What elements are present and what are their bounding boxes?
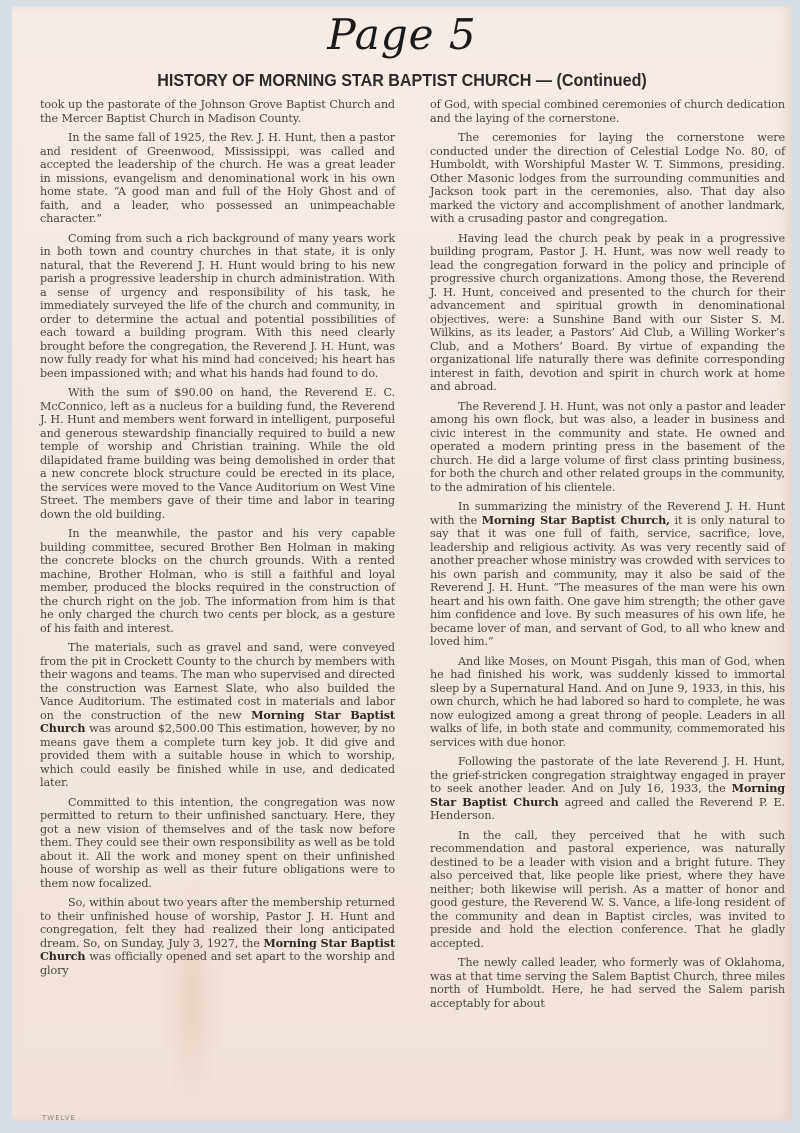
paragraph: In the same fall of 1925, the Rev. J. H.…	[40, 131, 395, 226]
paragraph: Coming from such a rich background of ma…	[40, 232, 395, 381]
paragraph: The Reverend J. H. Hunt, was not only a …	[430, 400, 785, 495]
paragraph-text: In the meanwhile, the pastor and his ver…	[40, 527, 395, 635]
paragraph-text: The Reverend J. H. Hunt, was not only a …	[430, 400, 785, 494]
paragraph-text: In the same fall of 1925, the Rev. J. H.…	[40, 131, 395, 225]
paragraph-text: And like Moses, on Mount Pisgah, this ma…	[430, 655, 785, 749]
paragraph: The newly called leader, who formerly wa…	[430, 956, 785, 1010]
scanned-page: Page 5 HISTORY OF MORNING STAR BAPTIST C…	[12, 6, 792, 1121]
paragraph-text: Committed to this intention, the congreg…	[40, 796, 395, 890]
paragraph: Following the pastorate of the late Reve…	[430, 755, 785, 823]
paragraph: took up the pastorate of the Johnson Gro…	[40, 98, 395, 125]
paragraph-text: was officially opened and set apart to t…	[40, 950, 395, 977]
paragraph-text: was around $2,500.00 This estimation, ho…	[40, 722, 395, 789]
paragraph: And like Moses, on Mount Pisgah, this ma…	[430, 655, 785, 750]
article-title: HISTORY OF MORNING STAR BAPTIST CHURCH —…	[43, 70, 761, 91]
page-label: Page 5	[12, 10, 792, 59]
paragraph-text: took up the pastorate of the Johnson Gro…	[40, 98, 395, 125]
paragraph-text: Coming from such a rich background of ma…	[40, 232, 395, 380]
paragraph-text: The ceremonies for laying the cornerston…	[430, 131, 785, 225]
paragraph: In the meanwhile, the pastor and his ver…	[40, 527, 395, 635]
paragraph: So, within about two years after the mem…	[40, 896, 395, 977]
paragraph: Having lead the church peak by peak in a…	[430, 232, 785, 394]
paragraph: With the sum of $90.00 on hand, the Reve…	[40, 386, 395, 521]
paragraph: The materials, such as gravel and sand, …	[40, 641, 395, 790]
paragraph-text: Having lead the church peak by peak in a…	[430, 232, 785, 394]
paragraph: Committed to this intention, the congreg…	[40, 796, 395, 891]
church-name-bold: Morning Star Baptist Church,	[482, 513, 670, 527]
paragraph-text: In the call, they perceived that he with…	[430, 829, 785, 950]
left-column: took up the pastorate of the Johnson Gro…	[40, 98, 395, 983]
page-footer: TWELVE	[42, 1114, 76, 1122]
paragraph: In the call, they perceived that he with…	[430, 829, 785, 951]
paragraph-text: of God, with special combined ceremonies…	[430, 98, 785, 125]
paragraph: The ceremonies for laying the cornerston…	[430, 131, 785, 226]
paragraph: In summarizing the ministry of the Rever…	[430, 500, 785, 649]
right-column: of God, with special combined ceremonies…	[430, 98, 785, 1016]
paragraph-text: The newly called leader, who formerly wa…	[430, 956, 785, 1010]
paragraph-text: it is only natural to say that it was on…	[430, 514, 785, 649]
paragraph: of God, with special combined ceremonies…	[430, 98, 785, 125]
paragraph-text: With the sum of $90.00 on hand, the Reve…	[40, 386, 395, 521]
